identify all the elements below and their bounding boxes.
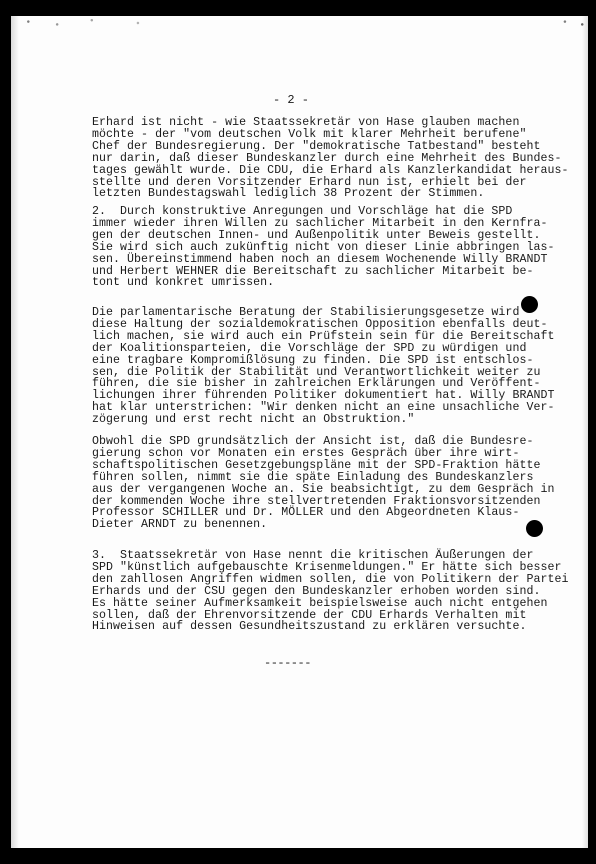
end-of-text-dashes: ------- <box>264 656 311 670</box>
paragraph-point-3-crisis-reports: 3. Staatssekretär von Hase nennt die kri… <box>92 550 569 633</box>
punch-hole-icon <box>521 296 538 313</box>
paragraph-point-2-constructive-cooperation: 2. Durch konstruktive Anregungen und Vor… <box>92 206 555 289</box>
scanned-page: - 2 - Erhard ist nicht - wie Staatssekre… <box>11 16 588 848</box>
scan-shadow-right <box>582 16 588 848</box>
text-line: Dieter ARNDT zu benennen. <box>92 518 267 531</box>
paragraph-erhard-chancellor: Erhard ist nicht - wie Staatssekretär vo… <box>92 117 569 200</box>
punch-hole-icon <box>526 520 543 537</box>
scan-noise-top <box>11 16 588 30</box>
text-line: zögerung und erst recht nicht an Obstruk… <box>92 413 414 426</box>
scan-shadow-left <box>11 16 19 848</box>
paragraph-stabilization-laws: Die parlamentarische Beratung der Stabil… <box>92 307 555 426</box>
text-line: tont und konkret umrissen. <box>92 276 274 289</box>
page-number: - 2 - <box>273 93 309 107</box>
paragraph-chancellor-invitation: Obwohl die SPD grundsätzlich der Ansicht… <box>92 436 555 531</box>
text-line: letzten Bundestagswahl lediglich 38 Proz… <box>92 187 484 200</box>
text-line: Hinweisen auf dessen Gesundheitszustand … <box>92 620 526 633</box>
